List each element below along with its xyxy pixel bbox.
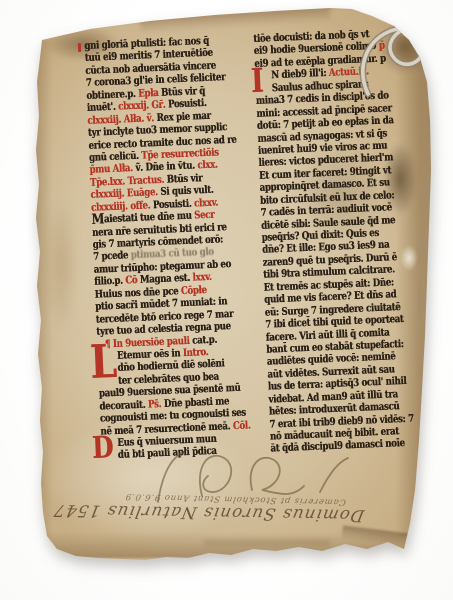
worn-bottom-edge [46,532,412,558]
drop-cap-deus: D [92,435,114,461]
bottom-right-fold [341,525,418,548]
red-margin-mark [78,43,81,52]
drop-cap-in-diebus: I [250,67,263,94]
parchment: L D gni gloriā ptulisti: fac nos q̄tuū e… [0,0,453,600]
body-text: Posuisti. [168,97,207,111]
rubric-text: Ps̄. [148,398,165,411]
left-column: L D gni gloriā ptulisti: fac nos q̄tuū e… [84,34,256,463]
stain-top-streak [140,6,331,34]
body-text: inuēt'. [87,101,119,114]
manuscript-page: L D gni gloriā ptulisti: fac nos q̄tuū e… [0,0,453,600]
body-text: Btūs vir [166,172,202,185]
rubric-text: Cōl. [233,419,251,432]
rubric-text: Cō [125,274,140,287]
rubric-text: clxx. [197,159,218,172]
body-text: cat.p. [192,333,217,346]
drop-cap-letemur: L [89,342,117,381]
photo-background: L D gni gloriā ptulisti: fac nos q̄tuū e… [0,0,453,600]
inscription-large: Dominus Suronis Naturlius 1547 [94,502,366,526]
body-text: filio.p. [94,275,126,288]
rubric-text: clxxv. [194,196,218,209]
rubric-text: Secr [194,209,215,222]
worn-left-edge [34,40,52,552]
body-text: 7 pcede [93,250,131,264]
rubric-text: Intro. [183,346,209,359]
rubric-text: Epła [138,87,161,100]
bottom-crease [204,540,330,549]
rubric-text: lxxv. [192,271,212,284]
body-text: M [91,213,104,226]
binding-thread-icon [346,14,438,102]
mottling-left-margin [44,200,78,330]
rubric-text: Cōpłe [181,284,207,297]
